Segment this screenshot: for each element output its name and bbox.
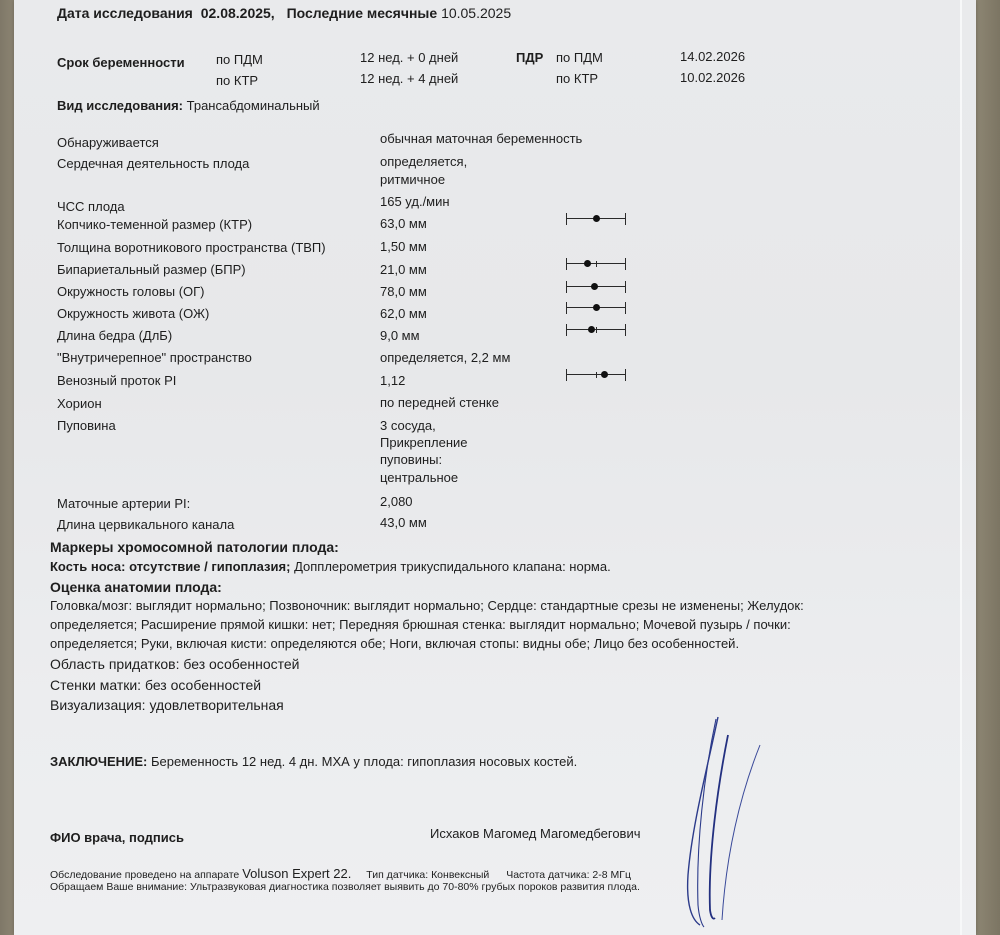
edd-date-lmp: 14.02.2026 — [680, 49, 745, 64]
lmp-label: Последние месячные — [287, 5, 438, 21]
finding-value: пуповины: — [380, 452, 442, 467]
finding-label: Обнаруживается — [57, 135, 159, 150]
doctor-name: Исхаков Магомед Магомедбегович — [430, 826, 641, 841]
gestation-method-crl: по КТР — [216, 73, 258, 88]
range-marker — [566, 213, 626, 225]
finding-value: 62,0 мм — [380, 306, 427, 321]
doctor-label: ФИО врача, подпись — [50, 830, 184, 845]
finding-label: Хорион — [57, 396, 102, 411]
measurement-dot-icon — [593, 215, 600, 222]
finding-value: 3 сосуда, — [380, 418, 436, 433]
conclusion-text: Беременность 12 нед. 4 дн. МХА у плода: … — [151, 754, 577, 769]
device-name: Voluson Expert 22. — [242, 866, 351, 881]
finding-value: 1,50 мм — [380, 239, 427, 254]
markers-line: Кость носа: отсутствие / гипоплазия; Доп… — [50, 559, 611, 574]
measurement-dot-icon — [601, 371, 608, 378]
finding-label: "Внутричерепное" пространство — [57, 350, 252, 365]
finding-label: Маточные артерии PI: — [57, 496, 190, 511]
range-max-tick-icon — [625, 258, 626, 270]
finding-value: 78,0 мм — [380, 284, 427, 299]
range-marker — [566, 258, 626, 270]
finding-value: 9,0 мм — [380, 328, 420, 343]
range-median-tick-icon — [596, 372, 597, 378]
edd-date-crl: 10.02.2026 — [680, 70, 745, 85]
finding-label: Толщина воротникового пространства (ТВП) — [57, 240, 326, 255]
range-max-tick-icon — [625, 213, 626, 225]
exam-type-value: Трансабдоминальный — [187, 98, 320, 113]
gestation-value-lmp: 12 нед. + 0 дней — [360, 50, 458, 65]
conclusion: ЗАКЛЮЧЕНИЕ: Беременность 12 нед. 4 дн. М… — [50, 754, 577, 769]
finding-label: ЧСС плода — [57, 199, 125, 214]
gestation-value-crl: 12 нед. + 4 дней — [360, 71, 458, 86]
nasal-bone-finding: Кость носа: отсутствие / гипоплазия; — [50, 559, 290, 574]
finding-value: 2,080 — [380, 494, 413, 509]
range-min-tick-icon — [566, 213, 567, 225]
lmp-date: 10.05.2025 — [441, 5, 511, 21]
anatomy-title: Оценка анатомии плода: — [50, 579, 222, 595]
exam-date-line: Дата исследования 02.08.2025, Последние … — [57, 5, 511, 21]
measurement-dot-icon — [591, 283, 598, 290]
finding-value: ритмичное — [380, 172, 445, 187]
measurement-dot-icon — [593, 304, 600, 311]
finding-value: 165 уд./мин — [380, 194, 450, 209]
device-line: Обследование проведено на аппарате Volus… — [50, 866, 631, 881]
range-marker — [566, 302, 626, 314]
range-min-tick-icon — [566, 302, 567, 314]
edd-method-lmp: по ПДМ — [556, 50, 603, 65]
range-median-tick-icon — [596, 261, 597, 267]
edd-label: ПДР — [516, 50, 543, 65]
device-prefix: Обследование проведено на аппарате — [50, 869, 239, 881]
range-marker — [566, 369, 626, 381]
finding-label: Длина бедра (ДлБ) — [57, 328, 172, 343]
gestation-method-lmp: по ПДМ — [216, 52, 263, 67]
finding-label: Копчико-теменной размер (КТР) — [57, 217, 252, 232]
gestation-label: Срок беременности — [57, 55, 185, 70]
edd-method-crl: по КТР — [556, 71, 598, 86]
markers-title: Маркеры хромосомной патологии плода: — [50, 539, 339, 555]
adnexa-finding: Область придатков: без особенностей — [50, 656, 300, 672]
finding-value: определяется, — [380, 154, 467, 169]
measurement-dot-icon — [584, 260, 591, 267]
finding-value: по передней стенке — [380, 395, 499, 410]
diagnostic-notice: Обращаем Ваше внимание: Ультразвуковая д… — [50, 881, 640, 893]
finding-value: 63,0 мм — [380, 216, 427, 231]
finding-label: Окружность головы (ОГ) — [57, 284, 205, 299]
background-right — [976, 0, 1000, 935]
uterine-walls-finding: Стенки матки: без особенностей — [50, 677, 261, 693]
range-max-tick-icon — [625, 324, 626, 336]
range-max-tick-icon — [625, 302, 626, 314]
range-min-tick-icon — [566, 258, 567, 270]
visualization-finding: Визуализация: удовлетворительная — [50, 697, 284, 713]
range-min-tick-icon — [566, 324, 567, 336]
exam-date: 02.08.2025, — [201, 5, 275, 21]
finding-label: Венозный проток PI — [57, 373, 176, 388]
range-min-tick-icon — [566, 281, 567, 293]
finding-value: определяется, 2,2 мм — [380, 350, 510, 365]
exam-type-label: Вид исследования: — [57, 98, 183, 113]
finding-value: 43,0 мм — [380, 515, 427, 530]
probe-type: Тип датчика: Конвексный — [366, 869, 489, 881]
range-max-tick-icon — [625, 369, 626, 381]
finding-label: Окружность живота (ОЖ) — [57, 306, 209, 321]
finding-label: Сердечная деятельность плода — [57, 156, 249, 171]
finding-value: 1,12 — [380, 373, 405, 388]
finding-value: 21,0 мм — [380, 262, 427, 277]
conclusion-label: ЗАКЛЮЧЕНИЕ: — [50, 754, 147, 769]
range-marker — [566, 281, 626, 293]
measurement-dot-icon — [588, 326, 595, 333]
range-median-tick-icon — [596, 327, 597, 333]
anatomy-line: определяется; Руки, включая кисти: опред… — [50, 636, 739, 651]
finding-label: Длина цервикального канала — [57, 517, 234, 532]
probe-frequency: Частота датчика: 2-8 МГц — [506, 869, 631, 881]
finding-label: Пуповина — [57, 418, 116, 433]
range-min-tick-icon — [566, 369, 567, 381]
finding-value: обычная маточная беременность — [380, 131, 582, 146]
finding-value: центральное — [380, 470, 458, 485]
exam-date-label: Дата исследования — [57, 5, 193, 21]
finding-value: Прикрепление — [380, 435, 468, 450]
exam-type: Вид исследования: Трансабдоминальный — [57, 98, 320, 113]
range-marker — [566, 324, 626, 336]
range-max-tick-icon — [625, 281, 626, 293]
anatomy-line: Головка/мозг: выглядит нормально; Позвон… — [50, 598, 804, 613]
tricuspid-finding: Допплерометрия трикуспидального клапана:… — [294, 559, 611, 574]
finding-label: Бипариетальный размер (БПР) — [57, 262, 246, 277]
anatomy-line: определяется; Расширение прямой кишки: н… — [50, 617, 791, 632]
